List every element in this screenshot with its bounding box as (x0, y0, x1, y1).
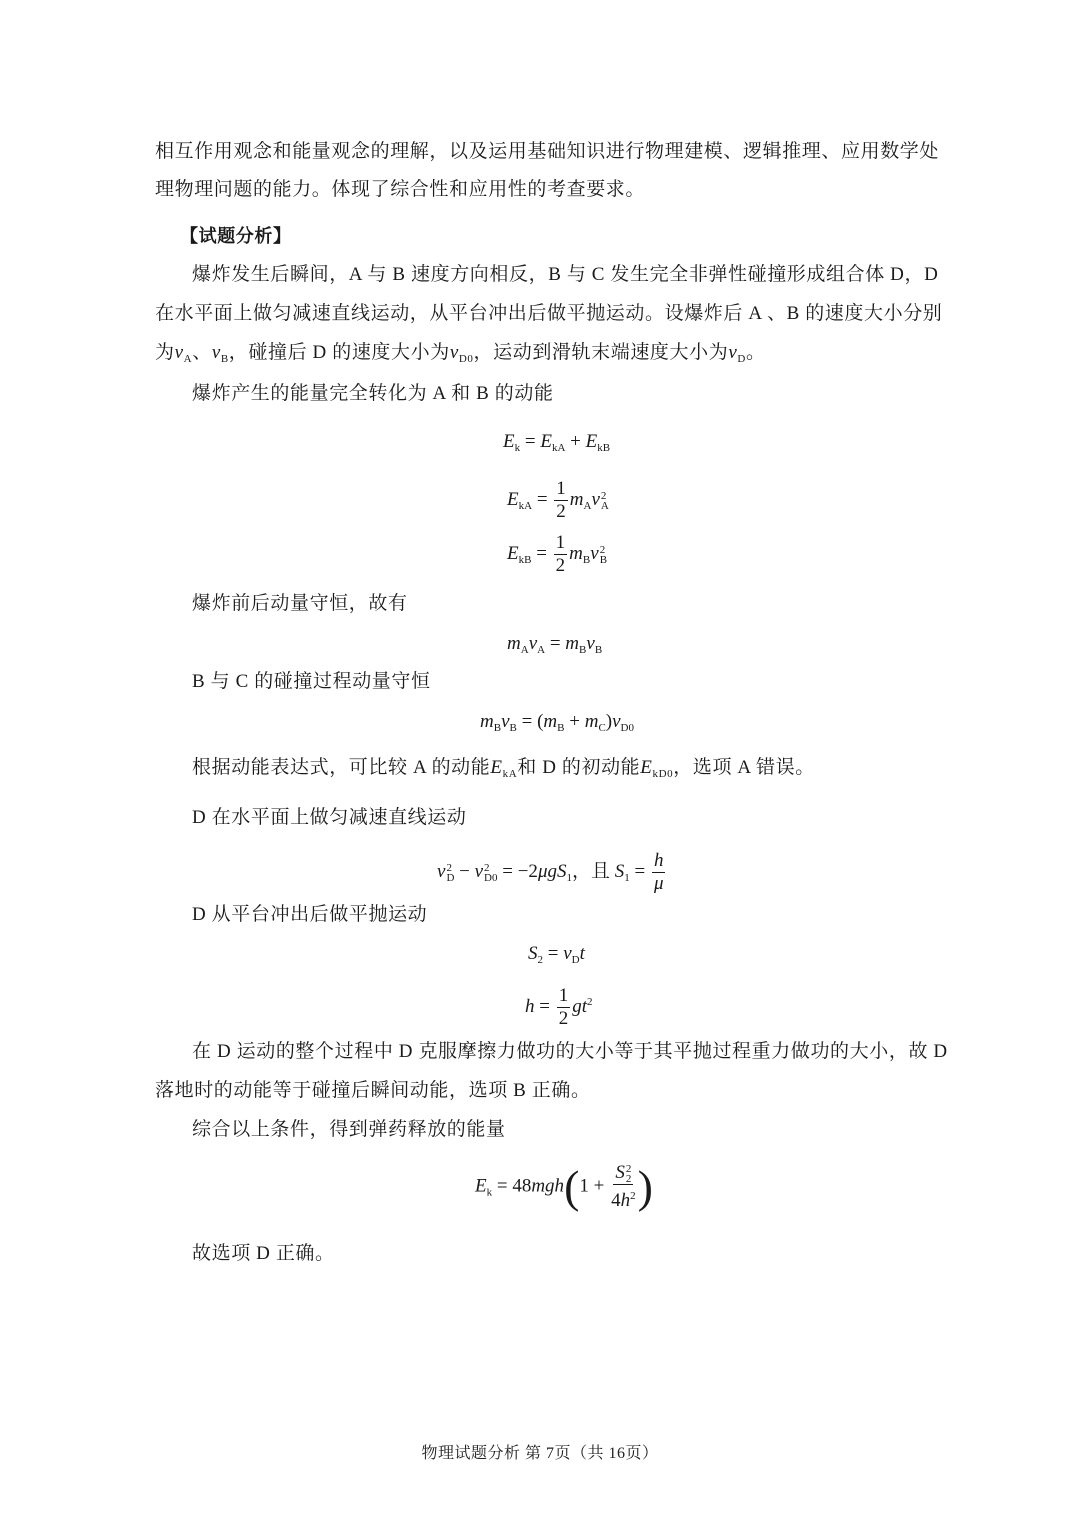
symbol: g (547, 861, 557, 882)
operator: = (498, 861, 518, 882)
paragraph-line: 爆炸发生后瞬间，A 与 B 速度方向相反，B 与 C 发生完全非弹性碰撞形成组合… (192, 263, 938, 287)
paragraph-line: 爆炸前后动量守恒，故有 (192, 592, 408, 616)
operator: = (543, 943, 563, 964)
equation-1: Ek = EkA + EkB (503, 430, 610, 460)
subscript: D0 (621, 722, 634, 734)
fraction: 12 (554, 532, 568, 577)
numerator: 1 (557, 985, 571, 1008)
symbol: E (475, 1175, 487, 1196)
superscript: 2 (630, 1190, 636, 1202)
operator: = (535, 996, 555, 1017)
subscript: D (572, 954, 580, 966)
fraction: 12 (554, 478, 568, 523)
symbol: v (590, 543, 598, 564)
symbol: h (621, 1190, 631, 1211)
subscript: kA (519, 500, 532, 512)
paragraph-line: B 与 C 的碰撞过程动量守恒 (192, 670, 431, 694)
superscript: 2 (484, 863, 497, 873)
symbol: v (501, 711, 509, 732)
symbol: m (543, 711, 557, 732)
operator: − (454, 861, 474, 882)
symbol: S (615, 1162, 625, 1183)
text: 1 + (579, 1175, 609, 1196)
subscript: D0 (484, 873, 497, 883)
equation-9: Ek = 48mgh(1 + S224h2) (475, 1162, 653, 1212)
equation-3: EkB = 12mBv2B (507, 532, 607, 577)
subscript: B (494, 722, 501, 734)
sup-sub: 2A (601, 491, 609, 511)
sup-sub: 22 (626, 1164, 632, 1184)
text: ，且 (572, 861, 615, 882)
text: ，选项 A 错误。 (673, 757, 815, 778)
subscript: kB (519, 554, 532, 566)
text: 。 (746, 342, 766, 363)
subscript: B (600, 555, 607, 565)
paren: ( (564, 1161, 579, 1212)
paragraph-line: 落地时的动能等于碰撞后瞬间动能，选项 B 正确。 (155, 1079, 591, 1103)
sup-sub: 2B (600, 545, 607, 565)
symbol: v (612, 711, 620, 732)
equation-8: h = 12gt2 (525, 985, 593, 1030)
paragraph-line: 在 D 运动的整个过程中 D 克服摩擦力做功的大小等于其平抛过程重力做功的大小，… (192, 1040, 948, 1064)
symbol: v (450, 342, 459, 363)
fraction: S224h2 (611, 1162, 636, 1212)
paragraph-line: D 从平台冲出后做平抛运动 (192, 903, 427, 927)
paragraph-line: 在水平面上做匀减速直线运动，从平台冲出后做平抛运动。设爆炸后 A 、B 的速度大… (155, 302, 942, 326)
paragraph-line: 相互作用观念和能量观念的理解，以及运用基础知识进行物理建模、逻辑推理、应用数学处 (155, 140, 939, 164)
numerator: S22 (613, 1162, 633, 1185)
subscript: 2 (626, 1174, 632, 1184)
symbol: v (591, 489, 599, 510)
paragraph-line-with-symbols: 为vA、vB，碰撞后 D 的速度大小为vD0，运动到滑轨末端速度大小为vD。 (155, 341, 766, 371)
operator: + (564, 711, 584, 732)
operator: = (532, 489, 552, 510)
subscript: D0 (459, 353, 474, 365)
paragraph-line: 爆炸产生的能量完全转化为 A 和 B 的动能 (192, 382, 554, 406)
text: 为 (155, 342, 175, 363)
subscript: kD0 (653, 768, 674, 780)
denominator: 4h2 (611, 1185, 636, 1212)
section-heading: 【试题分析】 (180, 225, 292, 249)
subscript: A (521, 644, 529, 656)
text: 、 (192, 342, 212, 363)
symbol: v (212, 342, 221, 363)
denominator: μ (654, 873, 664, 895)
superscript: 2 (600, 545, 607, 555)
numerator: 1 (554, 478, 568, 501)
number: 4 (611, 1190, 621, 1211)
superscript: 2 (601, 491, 609, 501)
symbol: E (507, 543, 519, 564)
document-page: 相互作用观念和能量观念的理解，以及运用基础知识进行物理建模、逻辑推理、应用数学处… (0, 0, 1080, 1527)
symbol: h (525, 996, 535, 1017)
text: ，运动到滑轨末端速度大小为 (474, 342, 729, 363)
text: 根据动能表达式，可比较 A 的动能 (192, 757, 490, 778)
symbol: S (615, 861, 625, 882)
numerator: h (652, 850, 666, 873)
symbol: v (529, 633, 537, 654)
symbol: E (640, 757, 652, 778)
symbol: m (565, 633, 579, 654)
equation-2: EkA = 12mAv2A (507, 478, 609, 523)
paragraph-line: D 在水平面上做匀减速直线运动 (192, 806, 466, 830)
text: ，碰撞后 D 的速度大小为 (229, 342, 450, 363)
subscript: C (598, 722, 605, 734)
operator: + (565, 431, 585, 452)
symbol: E (540, 431, 552, 452)
subscript: kB (597, 442, 610, 454)
symbol: m (570, 489, 584, 510)
superscript: 2 (587, 996, 593, 1008)
symbol: m (507, 633, 521, 654)
equation-5: mBvB = (mB + mC)vD0 (480, 710, 634, 740)
subscript: B (510, 722, 517, 734)
symbol: E (490, 757, 502, 778)
operator: = (545, 633, 565, 654)
denominator: 2 (556, 555, 566, 577)
symbol: E (507, 489, 519, 510)
subscript: A (537, 644, 545, 656)
symbol: m (585, 711, 599, 732)
fraction: hμ (652, 850, 666, 895)
page-footer: 物理试题分析 第 7页（共 16页） (0, 1440, 1080, 1463)
operator: = (517, 711, 537, 732)
symbol: g (572, 996, 582, 1017)
subscript: A (184, 353, 193, 365)
subscript: D (737, 353, 746, 365)
operator: = (630, 861, 650, 882)
subscript: B (595, 644, 602, 656)
paragraph-line-with-symbols: 根据动能表达式，可比较 A 的动能EkA和 D 的初动能EkD0，选项 A 错误… (192, 756, 815, 786)
symbol: m (480, 711, 494, 732)
symbol: m (569, 543, 583, 564)
denominator: 2 (556, 501, 566, 523)
symbol: v (475, 861, 483, 882)
symbol: S (528, 943, 538, 964)
equation-6: v2D − v2D0 = −2μgS1，且 S1 = hμ (437, 850, 667, 895)
numerator: 1 (554, 532, 568, 555)
sup-sub: 2D0 (484, 863, 497, 883)
paragraph-line: 综合以上条件，得到弹药释放的能量 (192, 1118, 506, 1142)
equation-7: S2 = vDt (528, 942, 585, 972)
symbol: E (503, 431, 515, 452)
symbol: E (586, 431, 598, 452)
operator: = (531, 543, 551, 564)
subscript: kA (552, 442, 565, 454)
subscript: B (221, 353, 229, 365)
denominator: 2 (559, 1008, 569, 1030)
symbol: v (563, 943, 571, 964)
number: 48 (512, 1175, 531, 1196)
symbol: v (586, 633, 594, 654)
subscript: kA (503, 768, 518, 780)
symbol: mgh (531, 1175, 564, 1196)
fraction: 12 (557, 985, 571, 1030)
symbol: v (437, 861, 445, 882)
subscript: A (601, 501, 609, 511)
equation-4: mAvA = mBvB (507, 632, 602, 662)
number: −2 (518, 861, 538, 882)
paragraph-line: 理物理问题的能力。体现了综合性和应用性的考查要求。 (155, 178, 645, 202)
text: 和 D 的初动能 (517, 757, 640, 778)
symbol: t (580, 943, 585, 964)
paren: ) (638, 1161, 653, 1212)
paragraph-line: 故选项 D 正确。 (192, 1242, 335, 1266)
operator: = (520, 431, 540, 452)
operator: = (492, 1175, 512, 1196)
symbol: v (175, 342, 184, 363)
